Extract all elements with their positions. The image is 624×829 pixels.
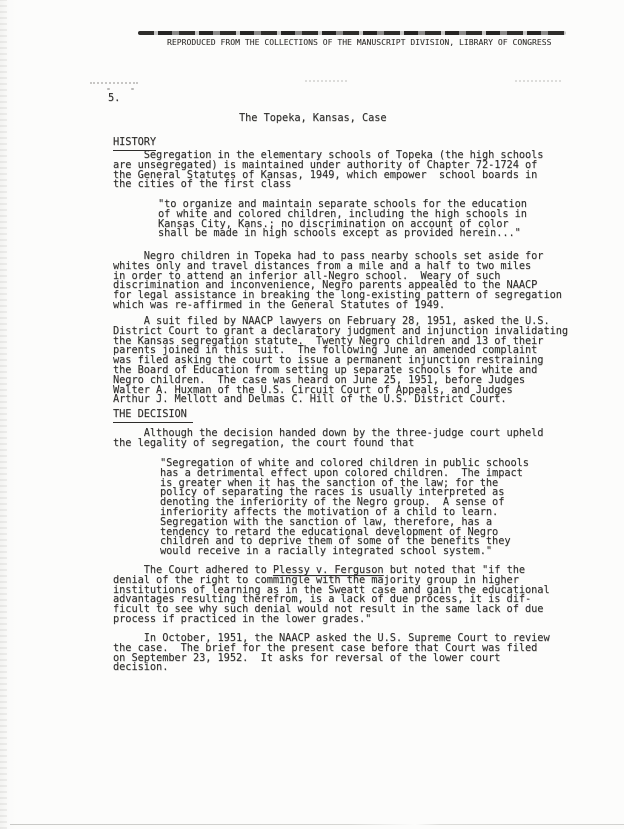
closing-paragraph: In October, 1951, the NAACP asked the U.… [113,634,550,673]
history-para-1: Segregation in the elementary schools of… [113,151,543,190]
scanned-document-page: REPRODUCED FROM THE COLLECTIONS OF THE M… [0,0,624,829]
scan-artifact-dots [90,82,138,84]
plessy-paragraph-after: but noted that "if the denial of the rig… [113,564,550,625]
history-para-3: A suit filed by NAACP lawyers on Februar… [113,317,568,405]
decision-court-quote: "Segregation of white and colored childr… [160,459,529,557]
history-para-2: Negro children in Topeka had to pass nea… [113,252,562,311]
scan-artifact-speck [131,88,134,90]
page-number: 5. [108,94,120,104]
statute-quote: "to organize and maintain separate schoo… [158,200,527,239]
decision-para-1: Although the decision handed down by the… [113,429,543,449]
ink-smudge-bar [138,31,566,35]
decision-heading-text: THE DECISION [113,408,193,423]
history-heading: HISTORY [113,138,156,148]
plessy-paragraph: The Court adhered to Plessy v. Ferguson … [113,566,550,625]
archive-stamp: REPRODUCED FROM THE COLLECTIONS OF THE M… [167,38,551,47]
document-title: The Topeka, Kansas, Case [239,114,387,124]
scan-left-edge-texture [0,0,7,829]
scan-artifact-dots [515,80,561,82]
page-bottom-edge [10,824,624,825]
decision-heading: THE DECISION [113,410,193,420]
scan-artifact-speck [107,88,110,90]
scan-artifact-dots [305,80,347,82]
